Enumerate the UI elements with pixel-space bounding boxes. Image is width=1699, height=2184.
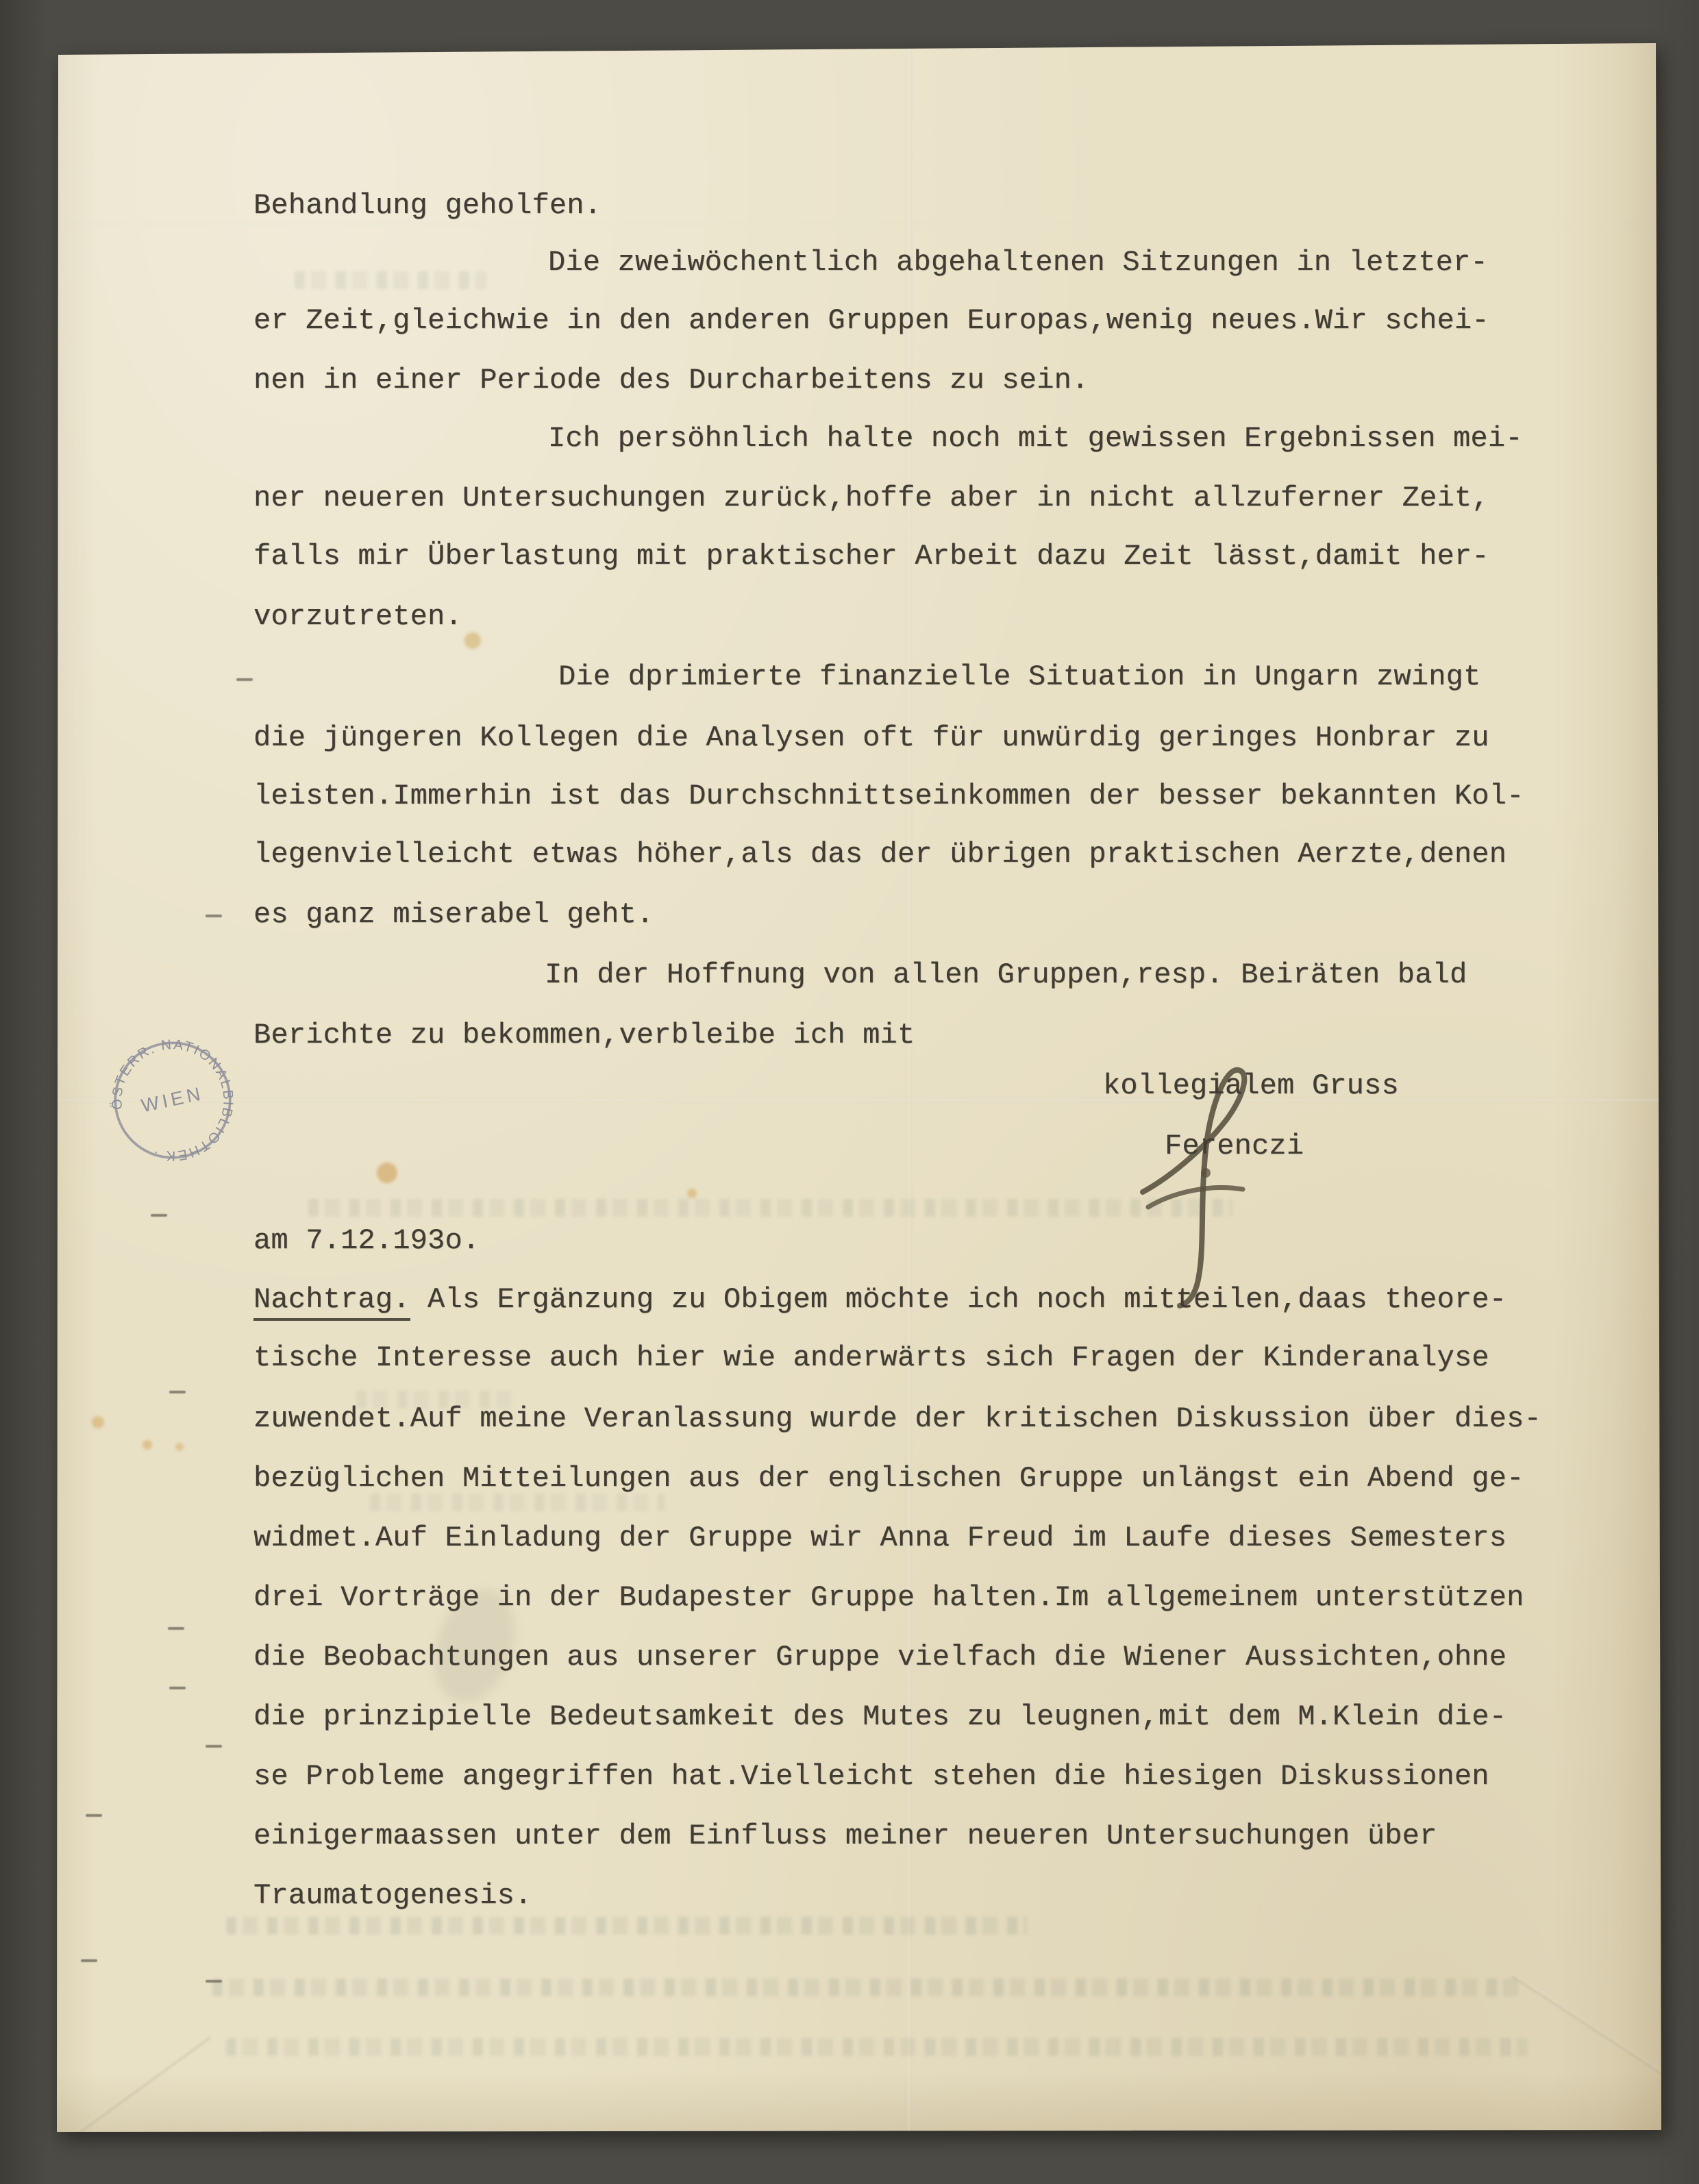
margin-pencil-mark bbox=[169, 1391, 186, 1393]
ink-bleed-through-line bbox=[295, 271, 486, 289]
letter-line: legenvielleicht etwas höher,als das der … bbox=[253, 837, 1506, 871]
letter-line: falls mir Überlastung mit praktischer Ar… bbox=[253, 539, 1489, 573]
margin-pencil-mark bbox=[206, 1745, 222, 1748]
paper-stain bbox=[142, 1440, 152, 1450]
letter-line: In der Hoffnung von allen Gruppen,resp. … bbox=[545, 958, 1467, 992]
letter-line: Berichte zu bekommen,verbleibe ich mit bbox=[253, 1018, 915, 1052]
letter-line: ner neueren Untersuchungen zurück,hoffe … bbox=[253, 481, 1489, 515]
fold-crease-top bbox=[57, 223, 1661, 226]
paper-stain bbox=[92, 1416, 104, 1428]
letter-line-text: Als Ergänzung zu Obigem möchte ich noch … bbox=[410, 1283, 1506, 1316]
margin-pencil-mark bbox=[236, 678, 253, 681]
letter-line: drei Vorträge in der Budapester Gruppe h… bbox=[253, 1580, 1524, 1615]
letter-line: nen in einer Periode des Durcharbeitens … bbox=[253, 363, 1089, 397]
margin-pencil-mark bbox=[86, 1814, 102, 1817]
letter-line: die jüngeren Kollegen die Analysen oft f… bbox=[253, 721, 1489, 755]
margin-pencil-mark bbox=[81, 1959, 97, 1962]
scan-backdrop: ÖSTERR. NATIONALBIBLIOTHEK · WIEN Behand… bbox=[0, 0, 1699, 2184]
letter-line: Traumatogenesis. bbox=[253, 1878, 532, 1913]
margin-pencil-mark bbox=[169, 1687, 186, 1689]
stamp-center-text: WIEN bbox=[139, 1082, 206, 1117]
letter-line: Die dprimierte finanzielle Situation in … bbox=[558, 660, 1480, 694]
margin-pencil-mark bbox=[151, 1214, 167, 1217]
letter-line: die Beobachtungen aus unserer Gruppe vie… bbox=[253, 1640, 1506, 1674]
letter-line: se Probleme angegriffen hat.Vielleicht s… bbox=[253, 1759, 1489, 1794]
letter-line: Ich persöhnlich halte noch mit gewissen … bbox=[548, 421, 1523, 456]
letter-line: kollegialem Gruss bbox=[1103, 1069, 1399, 1103]
corner-crease-bottom-right bbox=[1511, 1974, 1699, 2133]
ink-bleed-through-line bbox=[226, 1917, 1028, 1935]
letter-line: Die zweiwöchentlich abgehaltenen Sitzung… bbox=[548, 245, 1488, 280]
letter-line: Nachtrag. Als Ergänzung zu Obigem möchte… bbox=[253, 1282, 1506, 1317]
letter-line: einigermaassen unter dem Einfluss meiner… bbox=[253, 1819, 1437, 1853]
margin-pencil-mark bbox=[168, 1627, 184, 1630]
letter-line: widmet.Auf Einladung der Gruppe wir Anna… bbox=[253, 1521, 1506, 1555]
ink-bleed-through-line bbox=[212, 1978, 1528, 1996]
letter-line: am 7.12.193o. bbox=[253, 1224, 480, 1258]
margin-pencil-mark bbox=[206, 915, 222, 917]
fold-crease-horizontal bbox=[57, 1098, 1661, 1102]
corner-crease-bottom-left bbox=[53, 2035, 210, 2151]
underlined-word: Nachtrag. bbox=[253, 1283, 410, 1321]
signature-ink-blob bbox=[1201, 1168, 1211, 1178]
letter-line: er Zeit,gleichwie in den anderen Gruppen… bbox=[253, 303, 1489, 338]
letter-line: es ganz miserabel geht. bbox=[253, 897, 654, 932]
letter-line: tische Interesse auch hier wie anderwärt… bbox=[253, 1341, 1489, 1375]
letter-line: bezüglichen Mitteilungen aus der englisc… bbox=[253, 1461, 1524, 1496]
signature-stroke-crossbar bbox=[1148, 1188, 1243, 1207]
paper-stain bbox=[464, 632, 481, 649]
paper-stain bbox=[377, 1163, 397, 1183]
letter-line: die prinzipielle Bedeutsamkeit des Mutes… bbox=[253, 1700, 1506, 1734]
library-stamp: ÖSTERR. NATIONALBIBLIOTHEK · WIEN bbox=[93, 1021, 252, 1180]
letter-line: zuwendet.Auf meine Veranlassung wurde de… bbox=[253, 1402, 1541, 1436]
letter-line: Ferenczi bbox=[1165, 1129, 1304, 1163]
letter-line: leisten.Immerhin ist das Durchschnittsei… bbox=[253, 779, 1524, 813]
paper-stain bbox=[175, 1443, 184, 1451]
letter-line: Behandlung geholfen. bbox=[253, 188, 602, 223]
paper-stain bbox=[687, 1189, 697, 1198]
letter-line: vorzutreten. bbox=[253, 599, 462, 634]
ink-bleed-through-line bbox=[226, 2038, 1528, 2056]
ink-bleed-through-line bbox=[370, 1493, 665, 1511]
